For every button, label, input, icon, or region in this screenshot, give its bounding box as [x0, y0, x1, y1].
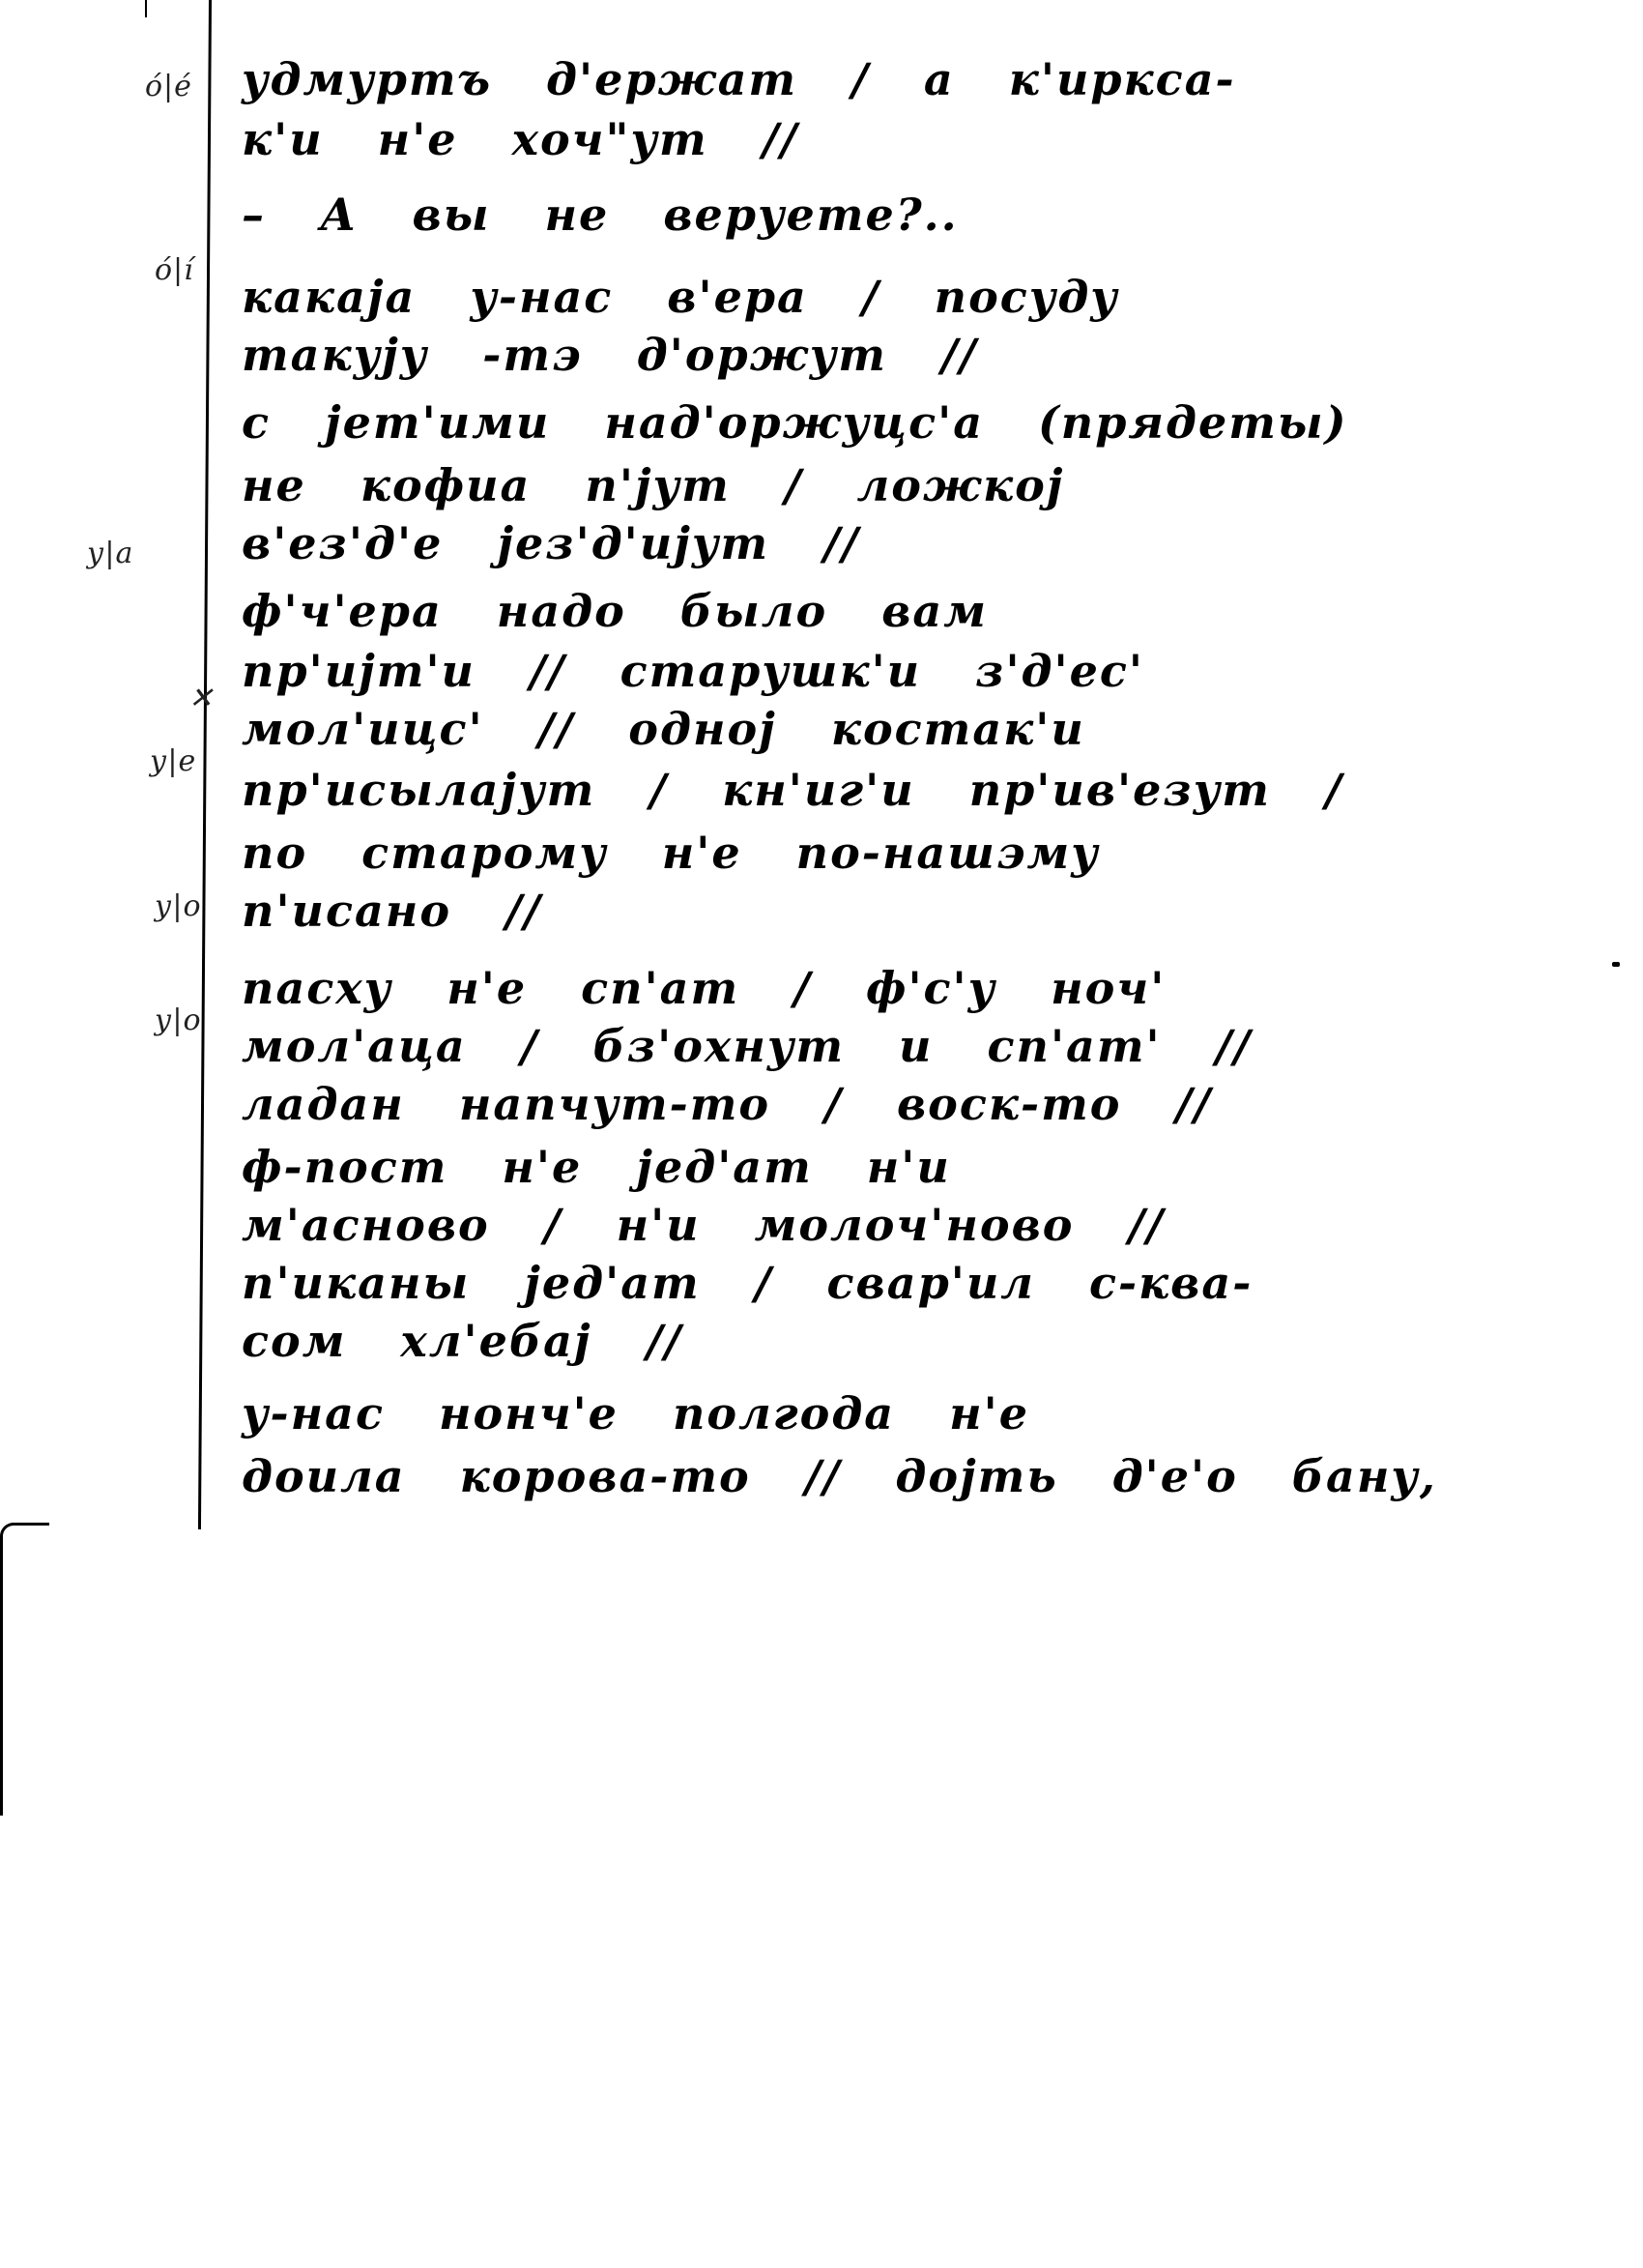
text-line: не кофиа п'јут / ложкој [242, 459, 1064, 511]
document-page: ó|é ó|í у|а ✕ у|е у|о у|о удмуртъ д'ержа… [0, 0, 1643, 2268]
margin-note: у|е [150, 744, 196, 778]
text-line: к'и н'е хоч"ут // [242, 113, 798, 165]
text-line: мол'аца / бз'охнут и сп'ат' // [242, 1020, 1252, 1072]
text-line: у-нас нонч'е полгода н'е [242, 1387, 1029, 1439]
text-line: п'иканы јед'ат / свар'ил с-ква- [242, 1257, 1253, 1309]
margin-rule-line [198, 0, 212, 1529]
text-line: какаја у-нас в'ера / посуду [242, 271, 1119, 323]
text-line: пр'ијт'и // старушк'и з'д'ес' [242, 645, 1144, 697]
margin-note: ó|í [155, 253, 194, 287]
margin-note-cross: ✕ [188, 682, 214, 715]
text-line: в'ез'д'е јез'д'ијут // [242, 517, 860, 569]
text-line: с јет'ими над'оржуцс'а (прядеты) [242, 396, 1348, 449]
corner-bracket-mark [0, 1523, 49, 1816]
text-line: ладан напчут-то / воск-то // [242, 1078, 1212, 1130]
text-line: пасху н'е сп'ат / ф'с'у ноч' [242, 962, 1166, 1014]
margin-note: ó|é [145, 70, 192, 103]
text-line: по старому н'е по-нашэму [242, 827, 1100, 879]
top-margin-tick [145, 0, 147, 17]
text-line: пр'исылајут / кн'иг'и пр'ив'езут / [242, 764, 1343, 816]
stray-ink-mark [1612, 962, 1620, 967]
text-line: сом хл'ебај // [242, 1315, 682, 1367]
text-line: доила корова-то // дојть д'е'о бану, [242, 1450, 1437, 1502]
text-line: удмуртъ д'ержат / а к'иркса- [242, 53, 1236, 105]
text-line: такују -тэ д'оржут // [242, 329, 978, 381]
margin-note: у|а [87, 537, 133, 570]
text-line: м'асново / н'и молоч'ново // [242, 1199, 1165, 1251]
margin-note: у|о [155, 1003, 202, 1037]
text-line: ф-пост н'е јед'ат н'и [242, 1141, 951, 1193]
text-line: – А вы не веруете?.. [242, 189, 959, 241]
text-line: мол'ицс' // одној костак'и [242, 703, 1085, 755]
margin-note: у|о [155, 889, 202, 923]
text-line: п'исано // [242, 885, 542, 937]
text-line: ф'ч'ера надо было вам [242, 585, 988, 637]
